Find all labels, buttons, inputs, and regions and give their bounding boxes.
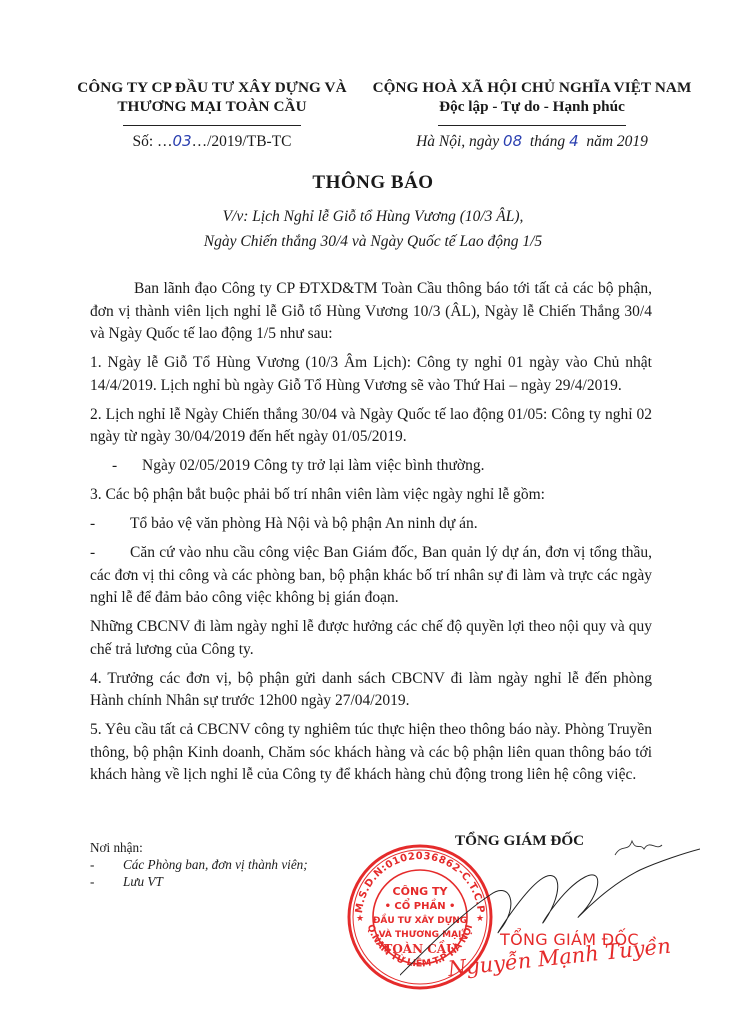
national-motto: Độc lập - Tự do - Hạnh phúc (372, 97, 692, 116)
item-4: 4. Trưởng các đơn vị, bộ phận gửi danh s… (90, 668, 652, 713)
date-month-handwritten: 4 (569, 132, 579, 150)
recipient-text: Lưu VT (123, 873, 163, 890)
item-1: 1. Ngày lễ Giỗ Tổ Hùng Vương (10/3 Âm Lị… (90, 352, 652, 397)
date-month-label: tháng (530, 133, 565, 150)
item-3-b: -Căn cứ vào nhu cầu công việc Ban Giám đ… (90, 542, 652, 610)
subject-line2: Ngày Chiến thắng 30/4 và Ngày Quốc tế La… (0, 229, 746, 254)
item-2: 2. Lịch nghỉ lễ Ngày Chiến thắng 30/04 v… (90, 404, 652, 449)
document-body: Ban lãnh đạo Công ty CP ĐTXD&TM Toàn Cầu… (90, 278, 652, 793)
document-page: CÔNG TY CP ĐẦU TƯ XÂY DỰNG VÀ THƯƠNG MẠI… (0, 0, 746, 1024)
item-2-note-text: Ngày 02/05/2019 Công ty trở lại làm việc… (142, 455, 485, 478)
stamp-line: VÀ THƯƠNG MẠI (379, 928, 462, 940)
stamp-line: TOÀN CẦU (383, 939, 457, 956)
item-2-note: - Ngày 02/05/2019 Công ty trở lại làm vi… (90, 455, 652, 478)
stamp-line: • CỔ PHẦN • (385, 897, 456, 912)
recipients-block: Nơi nhận: - Các Phòng ban, đơn vị thành … (90, 839, 308, 890)
national-title: CỘNG HOÀ XÃ HỘI CHỦ NGHĨA VIỆT NAM (372, 78, 692, 97)
recipients-label: Nơi nhận: (90, 839, 308, 856)
intro-paragraph: Ban lãnh đạo Công ty CP ĐTXD&TM Toàn Cầu… (90, 278, 652, 346)
document-title: THÔNG BÁO (0, 172, 746, 194)
item-3-a-text: Tổ bảo vệ văn phòng Hà Nội và bộ phận An… (130, 513, 478, 536)
document-number: Số: …03…/2019/TB-TC (62, 132, 362, 151)
date-prefix: Hà Nội, ngày (416, 133, 499, 150)
bullet-dash: - (90, 542, 130, 565)
place-and-date: Hà Nội, ngày 08 tháng 4 năm 2019 (372, 132, 692, 151)
bullet-dash: - (90, 856, 123, 873)
recipient-item: - Các Phòng ban, đơn vị thành viên; (90, 856, 308, 873)
recipient-text: Các Phòng ban, đơn vị thành viên; (123, 856, 308, 873)
company-name-line2: THƯƠNG MẠI TOÀN CẦU (62, 97, 362, 116)
bullet-dash: - (112, 455, 142, 478)
date-day-handwritten: 08 (503, 132, 522, 150)
document-subject: V/v: Lịch Nghỉ lễ Giỗ tổ Hùng Vương (10/… (0, 204, 746, 254)
stamp-line: CÔNG TY (393, 885, 449, 898)
national-header: CỘNG HOÀ XÃ HỘI CHỦ NGHĨA VIỆT NAM Độc l… (372, 78, 692, 126)
date-year: năm 2019 (586, 133, 648, 150)
bullet-dash: - (90, 513, 130, 536)
national-header-divider (438, 125, 626, 126)
company-header: CÔNG TY CP ĐẦU TƯ XÂY DỰNG VÀ THƯƠNG MẠI… (62, 78, 362, 126)
doc-number-prefix: Số: … (132, 133, 172, 150)
doc-number-suffix: …/2019/TB-TC (192, 133, 292, 150)
item-3-b-text: Căn cứ vào nhu cầu công việc Ban Giám đố… (90, 544, 652, 606)
stamp-star-icon: ★ (476, 913, 484, 923)
benefits-paragraph: Những CBCNV đi làm ngày nghỉ lễ được hưở… (90, 616, 652, 661)
bullet-dash: - (90, 873, 123, 890)
recipient-item: - Lưu VT (90, 873, 308, 890)
stamp-star-icon: ★ (356, 913, 364, 923)
item-3: 3. Các bộ phận bắt buộc phải bố trí nhân… (90, 484, 652, 507)
subject-line1: V/v: Lịch Nghỉ lễ Giỗ tổ Hùng Vương (10/… (0, 204, 746, 229)
doc-number-handwritten: 03 (173, 132, 192, 150)
item-5: 5. Yêu cầu tất cả CBCNV công ty nghiêm t… (90, 719, 652, 787)
company-name-line1: CÔNG TY CP ĐẦU TƯ XÂY DỰNG VÀ (62, 78, 362, 97)
stamp-line: ĐẦU TƯ XÂY DỰNG (373, 913, 467, 926)
item-3-a: - Tổ bảo vệ văn phòng Hà Nội và bộ phận … (90, 513, 652, 536)
company-header-divider (123, 125, 301, 126)
